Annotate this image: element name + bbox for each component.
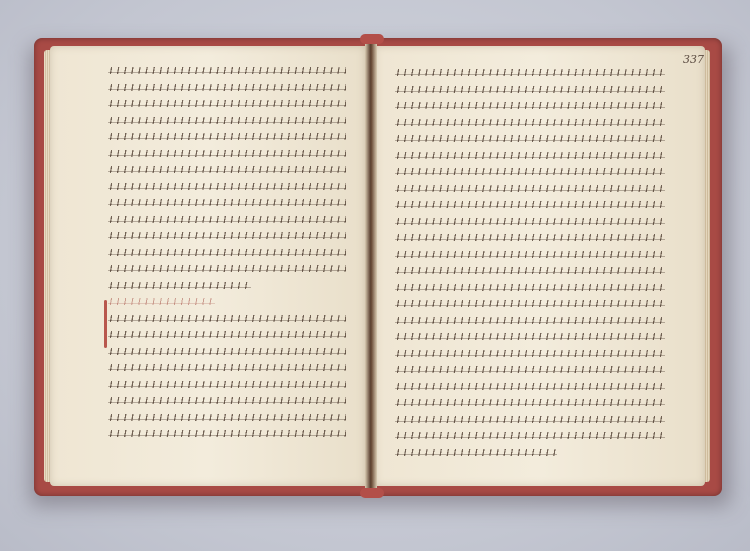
handwritten-line: [395, 62, 665, 79]
handwritten-line: [395, 211, 665, 228]
handwritten-line: [395, 112, 665, 129]
handwritten-line: [108, 423, 346, 440]
book-gutter: [365, 40, 377, 494]
handwritten-line: [395, 310, 665, 327]
handwritten-line: [395, 194, 665, 211]
handwritten-line: [108, 60, 346, 77]
handwritten-line: [108, 407, 346, 424]
handwritten-line: [395, 128, 665, 145]
handwritten-line: [108, 324, 346, 341]
spine-top: [360, 34, 384, 44]
handwritten-line: [108, 341, 346, 358]
handwritten-line: [395, 95, 665, 112]
handwritten-line: [108, 258, 346, 275]
handwritten-line: [395, 409, 665, 426]
handwritten-line: [395, 178, 665, 195]
handwritten-line: [395, 326, 665, 343]
handwritten-line: [108, 93, 346, 110]
handwritten-line: [395, 277, 665, 294]
handwritten-line: [108, 126, 346, 143]
handwritten-line: [108, 209, 346, 226]
handwritten-line: [395, 227, 665, 244]
handwritten-line: [108, 308, 346, 325]
handwritten-line: [108, 192, 346, 209]
handwritten-line: [395, 293, 665, 310]
handwritten-line: [395, 79, 665, 96]
left-page-text: [108, 60, 346, 440]
handwritten-line: [395, 343, 665, 360]
handwritten-line: [108, 225, 346, 242]
handwritten-line: [395, 244, 665, 261]
red-initial: [104, 300, 107, 348]
handwritten-line: [108, 176, 346, 193]
handwritten-line: [395, 145, 665, 162]
handwritten-line: [108, 242, 346, 259]
handwritten-line: [108, 374, 346, 391]
spine-bottom: [360, 488, 384, 498]
handwritten-line: [108, 275, 346, 292]
handwritten-line: [108, 143, 346, 160]
handwritten-line: [108, 77, 346, 94]
handwritten-line: [108, 159, 346, 176]
handwritten-line: [395, 161, 665, 178]
handwritten-line: [395, 376, 665, 393]
handwritten-line: [395, 260, 665, 277]
rubric-heading: [108, 291, 346, 308]
handwritten-line: [108, 110, 346, 127]
handwritten-line: [395, 442, 665, 459]
handwritten-line: [108, 390, 346, 407]
handwritten-line: [395, 392, 665, 409]
handwritten-line: [395, 425, 665, 442]
folio-number: 337: [683, 53, 704, 66]
right-page-text: [395, 62, 665, 458]
handwritten-line: [395, 359, 665, 376]
handwritten-line: [108, 357, 346, 374]
